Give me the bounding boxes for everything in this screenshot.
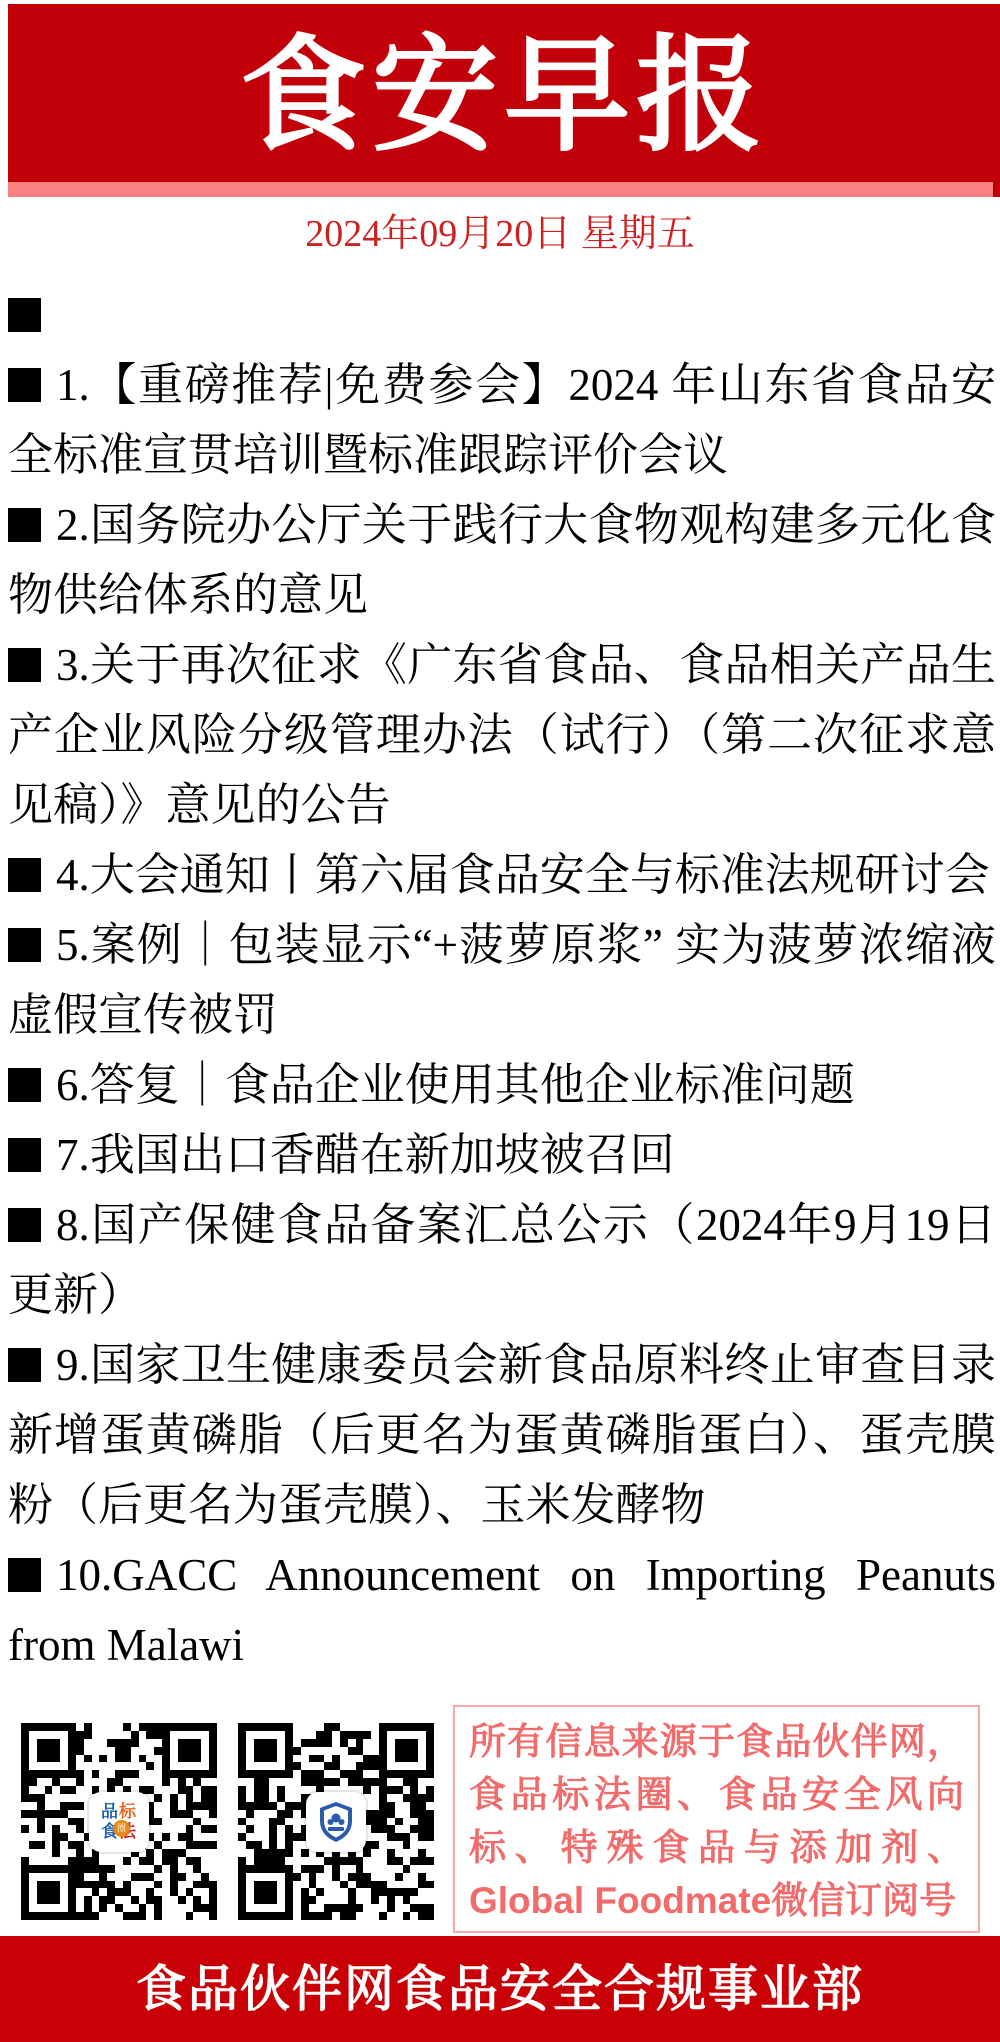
list-item-text: 10.GACC Announcement on Importing Peanut… [8,1550,996,1670]
bullet-square-icon [8,508,41,542]
page-title: 食安早报 [8,4,1000,182]
bullet-square-icon [8,648,41,682]
biaofaquan-logo-icon: 品标 食法 圈 [89,1792,149,1852]
list-lead-bullet [8,280,996,350]
list-item-text: 3.关于再次征求《广东省食品、食品相关产品生产企业风险分级管理办法（试行）（第二… [8,640,996,830]
bullet-square-icon [8,368,41,402]
quan-circle-icon: 圈 [113,1820,130,1837]
bulletin-page: 食安早报 2024年09月20日 星期五 1.【重磅推荐|免费参会】2024 年… [0,0,1000,2042]
qr-code-shipin-biaofaquan: 品标 食法 圈 [21,1723,217,1920]
bullet-square-icon [8,298,41,332]
list-item-text: 5.案例｜包装显示“+菠萝原浆” 实为菠萝浓缩液 虚假宣传被罚 [8,920,996,1040]
list-item: 4.大会通知丨第六届食品安全与标准法规研讨会 [8,840,996,910]
source-info-box: 所有信息来源于食品伙伴网，食品标法圈、食品安全风向标、特殊食品与添加剂、Glob… [453,1705,980,1933]
list-item-text: 4.大会通知丨第六届食品安全与标准法规研讨会 [56,850,990,900]
list-item-text: 2.国务院办公厅关于践行大食物观构建多元化食物供给体系的意见 [8,500,996,620]
list-item-text: 9.国家卫生健康委员会新食品原料终止审查目录新增蛋黄磷脂（后更名为蛋黄磷脂蛋白）… [8,1340,996,1530]
list-item-text: 6.答复｜食品企业使用其他企业标准问题 [56,1060,855,1110]
bullet-square-icon [8,1068,41,1102]
list-item: 8.国产保健食品备案汇总公示（2024年9月19日更新） [8,1190,996,1330]
list-item: 6.答复｜食品企业使用其他企业标准问题 [8,1050,996,1120]
footer-bar: 食品伙伴网食品安全合规事业部 [0,1936,1000,2042]
list-item: 5.案例｜包装显示“+菠萝原浆” 实为菠萝浓缩液 虚假宣传被罚 [8,910,996,1050]
shield-logo-icon [306,1792,366,1852]
list-item-text: 7.我国出口香醋在新加坡被召回 [56,1130,675,1180]
list-item: 9.国家卫生健康委员会新食品原料终止审查目录新增蛋黄磷脂（后更名为蛋黄磷脂蛋白）… [8,1330,996,1540]
header-pink-strip [8,182,993,197]
list-item: 3.关于再次征求《广东省食品、食品相关产品生产企业风险分级管理办法（试行）（第二… [8,630,996,840]
header-banner: 食安早报 [8,4,1000,197]
list-item: 7.我国出口香醋在新加坡被召回 [8,1120,996,1190]
bullet-square-icon [8,858,41,892]
list-item-text: 8.国产保健食品备案汇总公示（2024年9月19日更新） [8,1200,996,1320]
bullet-square-icon [8,1138,41,1172]
news-list: 1.【重磅推荐|免费参会】2024 年山东省食品安全标准宣贯培训暨标准跟踪评价会… [8,280,996,1680]
bullet-square-icon [8,1558,41,1592]
bullet-square-icon [8,1208,41,1242]
footer-text: 食品伙伴网食品安全合规事业部 [0,1936,1000,2042]
qr-code-global-foodmate [238,1723,434,1920]
bullet-square-icon [8,928,41,962]
source-info-text: 所有信息来源于食品伙伴网，食品标法圈、食品安全风向标、特殊食品与添加剂、Glob… [469,1721,964,1921]
list-item: 10.GACC Announcement on Importing Peanut… [8,1540,996,1680]
date-text: 2024年09月20日 星期五 [0,211,1000,257]
bullet-square-icon [8,1348,41,1382]
list-item: 1.【重磅推荐|免费参会】2024 年山东省食品安全标准宣贯培训暨标准跟踪评价会… [8,350,996,490]
list-item-text: 1.【重磅推荐|免费参会】2024 年山东省食品安全标准宣贯培训暨标准跟踪评价会… [8,360,996,480]
list-item: 2.国务院办公厅关于践行大食物观构建多元化食物供给体系的意见 [8,490,996,630]
